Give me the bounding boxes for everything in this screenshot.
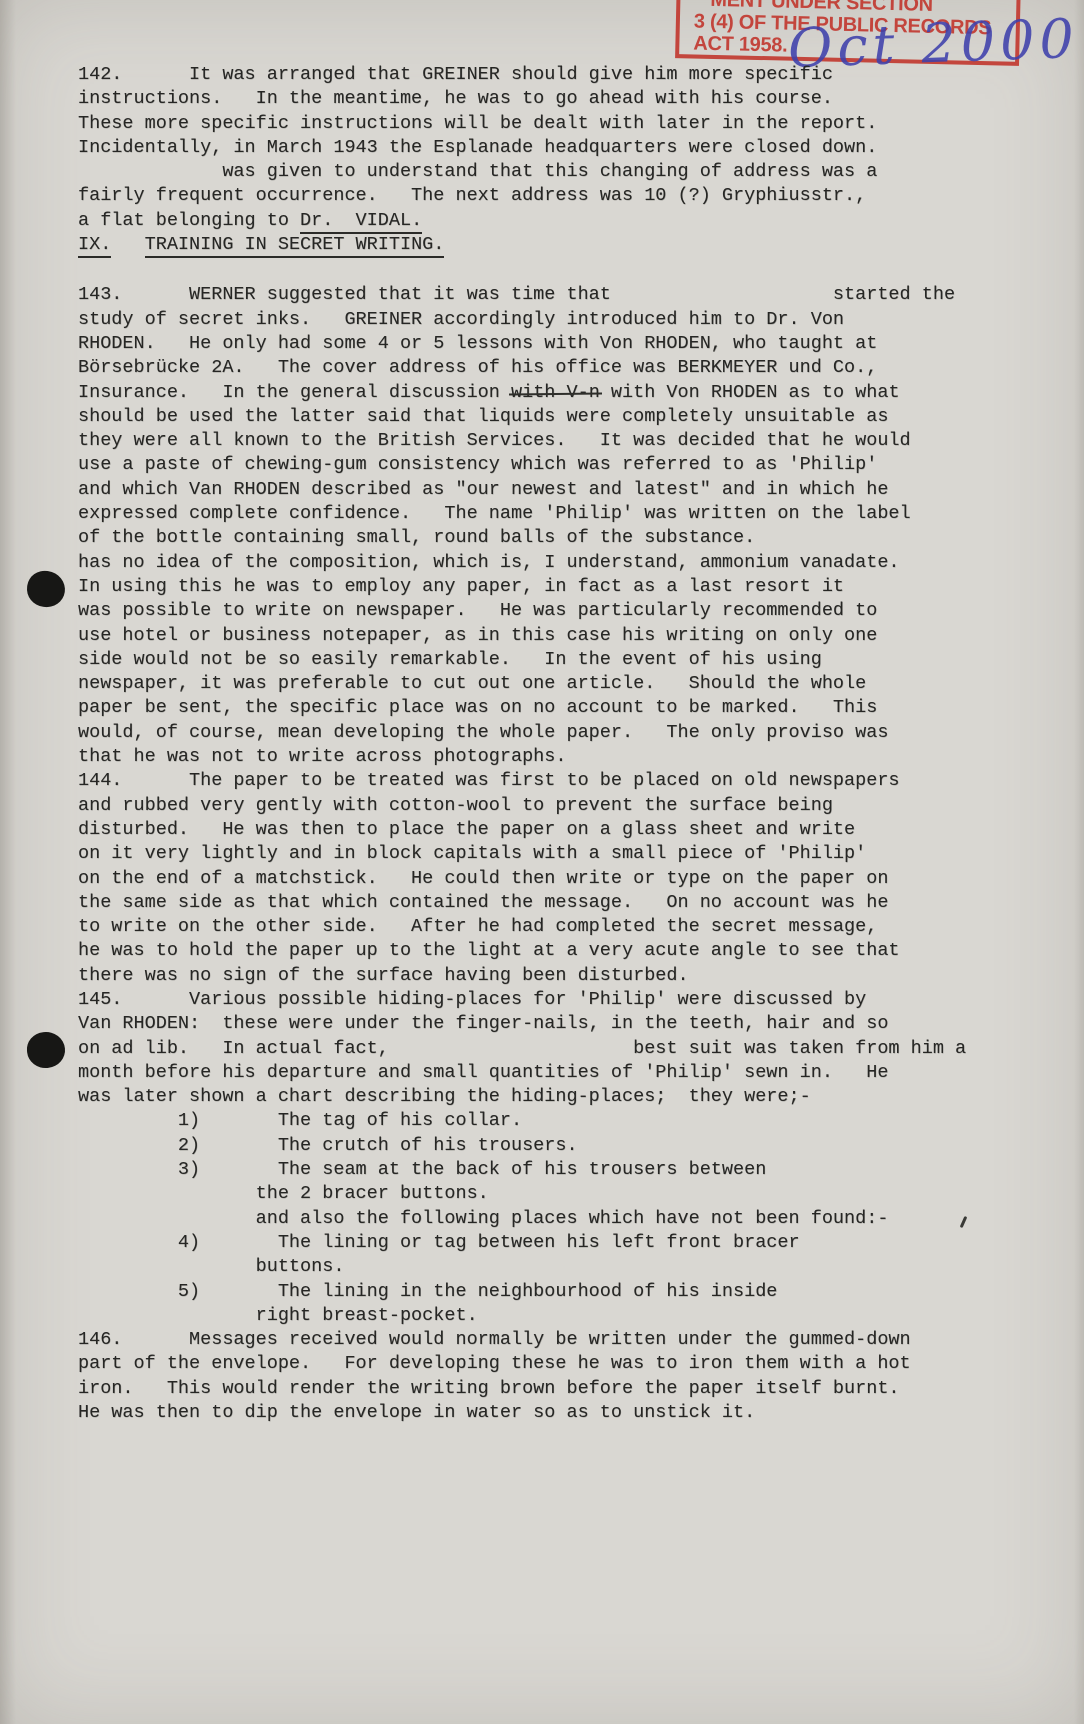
punch-hole-top [25,569,68,610]
paragraph-143-strike-line: Insurance. In the general discussion wit… [78,381,1038,405]
paragraph-144: 144. The paper to be treated was first t… [78,769,1038,988]
list-item-5: 5) The lining in the neighbourhood of hi… [78,1280,1038,1329]
list-item-3: 3) The seam at the back of his trousers … [78,1158,1038,1207]
section-title: TRAINING IN SECRET WRITING. [145,234,445,258]
punch-hole-bottom [25,1030,67,1070]
typewritten-text: 142. It was arranged that GREINER should… [78,63,1038,1425]
paragraph-142-body: 142. It was arranged that GREINER should… [78,63,1038,209]
list-item-1: 1) The tag of his collar. [78,1109,1038,1133]
underlined-name: Dr. VIDAL. [300,210,422,234]
paragraph-145: 145. Various possible hiding-places for … [78,988,1038,1109]
paragraph-142-last-line: a flat belonging to Dr. VIDAL. [78,209,1038,233]
paragraph-143-part-b: should be used the latter said that liqu… [78,405,1038,769]
struck-out-text: with V-n [511,382,600,403]
list-interjection: and also the following places which have… [78,1207,1038,1231]
section-number: IX. [78,234,111,258]
paragraph-142: 142. It was arranged that GREINER should… [78,63,1038,233]
paragraph-146: 146. Messages received would normally be… [78,1328,1038,1425]
section-heading: IX. TRAINING IN SECRET WRITING. [78,233,1038,257]
list-item-2: 2) The crutch of his trousers. [78,1134,1038,1158]
document-page: MENT UNDER SECTION 3 (4) OF THE PUBLIC R… [0,0,1084,1724]
paragraph-143: 143. WERNER suggested that it was time t… [78,283,1038,769]
paragraph-143-part-a: 143. WERNER suggested that it was time t… [78,283,1038,380]
list-item-4: 4) The lining or tag between his left fr… [78,1231,1038,1280]
